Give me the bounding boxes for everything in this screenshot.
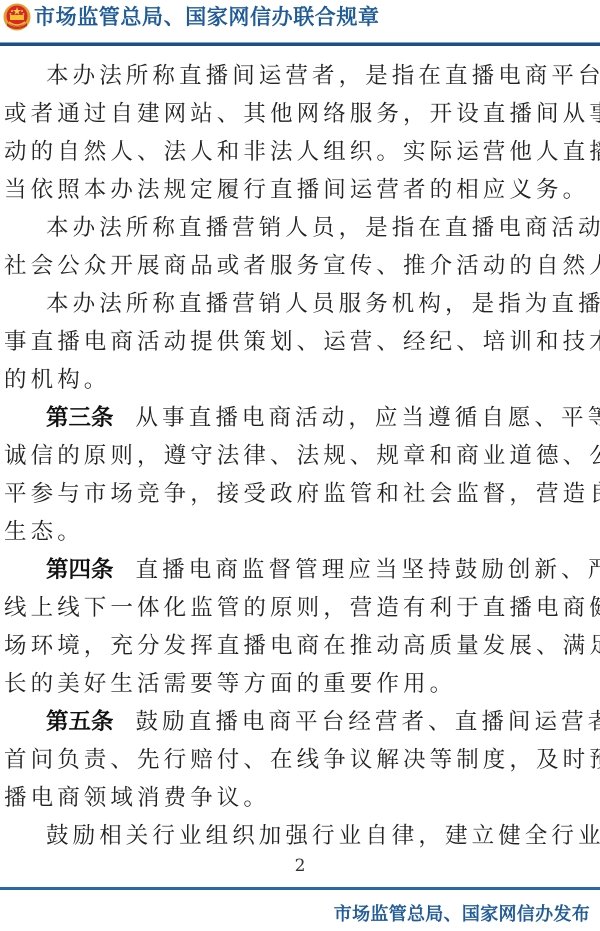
text-line: 首问负责、先行赔付、在线争议解决等制度，及时预防和解决直 [0,741,600,779]
paragraph: 本办法所称直播间运营者，是指在直播电商平台上注册账号 或者通过自建网站、其他网络… [0,57,600,209]
footer-publisher: 市场监管总局、国家网信办发布 [334,904,590,926]
text-line: 本办法所称直播间运营者，是指在直播电商平台上注册账号 [0,57,600,95]
article-text: 直播电商监督管理应当坚持鼓励创新、严守底线、 [136,557,600,583]
national-emblem-icon [3,3,31,31]
text-line: 平参与市场竞争，接受政府监管和社会监督，营造良好直播电商 [0,475,600,513]
header-title: 市场监管总局、国家网信办联合规章 [34,3,380,31]
document-body: 本办法所称直播间运营者，是指在直播电商平台上注册账号 或者通过自建网站、其他网络… [0,57,600,855]
page-number: 2 [0,856,600,876]
text-line: 当依照本办法规定履行直播间运营者的相应义务。 [0,171,600,209]
article-text: 鼓励直播电商平台经营者、直播间运营者建立健全 [136,709,600,735]
text-line: 的机构。 [0,361,600,399]
page-header: 市场监管总局、国家网信办联合规章 [0,0,600,46]
footer-divider [0,887,600,890]
paragraph: 鼓励相关行业组织加强行业自律，建立健全行业规范，推动 [0,817,600,855]
text-line: 事直播电商活动提供策划、运营、经纪、培训和技术支持等服务 [0,323,600,361]
paragraph: 本办法所称直播营销人员服务机构，是指为直播营销人员从 事直播电商活动提供策划、运… [0,285,600,399]
text-line: 诚信的原则，遵守法律、法规、规章和商业道德、公序良俗，公 [0,437,600,475]
text-line: 长的美好生活需要等方面的重要作用。 [0,665,600,703]
text-line: 社会公众开展商品或者服务宣传、推介活动的自然人。 [0,247,600,285]
article-text: 从事直播电商活动，应当遵循自愿、平等、公平、 [136,405,600,431]
article-label: 第五条 [46,709,114,735]
text-line: 线上线下一体化监管的原则，营造有利于直播电商健康发展的市 [0,589,600,627]
text-line: 第三条从事直播电商活动，应当遵循自愿、平等、公平、 [0,399,600,437]
text-line: 生态。 [0,513,600,551]
text-line: 第四条直播电商监督管理应当坚持鼓励创新、严守底线、 [0,551,600,589]
article-3: 第三条从事直播电商活动，应当遵循自愿、平等、公平、 诚信的原则，遵守法律、法规、… [0,399,600,551]
text-line: 鼓励相关行业组织加强行业自律，建立健全行业规范，推动 [0,817,600,855]
header-divider [0,43,600,46]
paragraph: 本办法所称直播营销人员，是指在直播电商活动中直接面向 社会公众开展商品或者服务宣… [0,209,600,285]
article-5: 第五条鼓励直播电商平台经营者、直播间运营者建立健全 首问负责、先行赔付、在线争议… [0,703,600,817]
text-line: 本办法所称直播营销人员服务机构，是指为直播营销人员从 [0,285,600,323]
article-4: 第四条直播电商监督管理应当坚持鼓励创新、严守底线、 线上线下一体化监管的原则，营… [0,551,600,703]
text-line: 播电商领域消费争议。 [0,779,600,817]
text-line: 或者通过自建网站、其他网络服务，开设直播间从事直播电商活 [0,95,600,133]
text-line: 动的自然人、法人和非法人组织。实际运营他人直播间的，也应 [0,133,600,171]
text-line: 场环境，充分发挥直播电商在推动高质量发展、满足人民日益增 [0,627,600,665]
article-label: 第四条 [46,557,114,583]
text-line: 本办法所称直播营销人员，是指在直播电商活动中直接面向 [0,209,600,247]
article-label: 第三条 [46,405,114,431]
text-line: 第五条鼓励直播电商平台经营者、直播间运营者建立健全 [0,703,600,741]
